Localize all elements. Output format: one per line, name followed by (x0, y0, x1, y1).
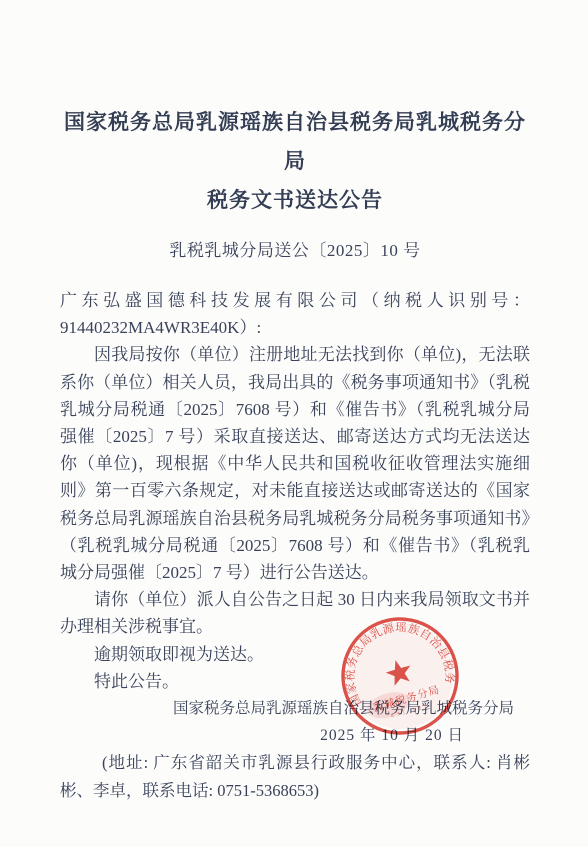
body-text: 广东弘盛国德科技发展有限公司（纳税人识别号：91440232MA4WR3E40K… (60, 287, 530, 804)
taxpayer-id-line: 91440232MA4WR3E40K）: (60, 314, 530, 341)
signature-date: 2025 年 10 月 20 日 (60, 722, 530, 749)
announcement-page: 国家税务总局乳源瑶族自治县税务局乳城税务分局 税务文书送达公告 乳税乳城分局送公… (0, 0, 588, 847)
document-title: 国家税务总局乳源瑶族自治县税务局乳城税务分局 税务文书送达公告 (60, 103, 530, 220)
footer-contact-note: (地址: 广东省韶关市乳源县行政服务中心，联系人: 肖彬彬、李卓，联系电话: 0… (60, 749, 530, 803)
paragraph-1: 因我局按你（单位）注册地址无法找到你（单位)，无法联系你（单位）相关人员，我局出… (60, 341, 530, 586)
paragraph-2: 请你（单位）派人自公告之日起 30 日内来我局领取文书并办理相关涉税事宜。 (60, 586, 530, 640)
document-content: 国家税务总局乳源瑶族自治县税务局乳城税务分局 税务文书送达公告 乳税乳城分局送公… (60, 0, 530, 804)
signature-agency: 国家税务总局乳源瑶族自治县税务局乳城税务分局 (60, 695, 530, 722)
paragraph-company: 广东弘盛国德科技发展有限公司（纳税人识别号：91440232MA4WR3E40K… (60, 287, 530, 341)
paragraph-4: 特此公告。 (60, 668, 530, 695)
title-line-1: 国家税务总局乳源瑶族自治县税务局乳城税务分局 (60, 103, 530, 181)
paragraph-3: 逾期领取即视为送达。 (60, 641, 530, 668)
document-number: 乳税乳城分局送公〔2025〕10 号 (60, 237, 530, 264)
company-name-line: 广东弘盛国德科技发展有限公司（纳税人识别号： (60, 287, 530, 314)
title-line-2: 税务文书送达公告 (60, 181, 530, 220)
